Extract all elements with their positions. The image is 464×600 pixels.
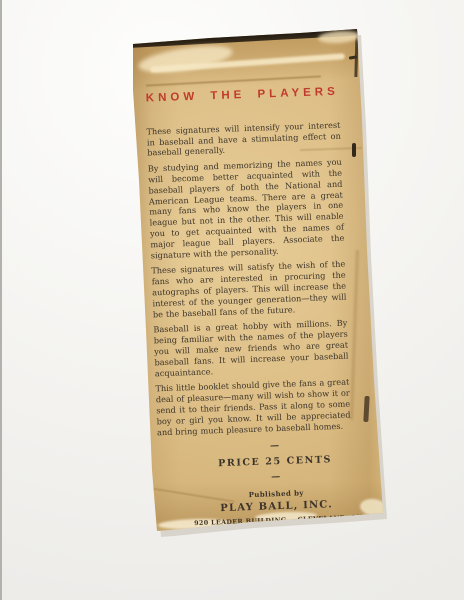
scanner-background: KNOW THE PLAYERS These signatures will i… — [0, 0, 464, 600]
publisher-name: PLAY BALL, INC. — [180, 498, 374, 517]
staple-mark — [363, 396, 369, 422]
price-text: PRICE 25 CENTS — [178, 453, 372, 471]
back-cover-text-block: KNOW THE PLAYERS These signatures will i… — [145, 87, 355, 546]
body-paragraph: These signatures will intensify your int… — [146, 120, 341, 159]
divider-rule: — — [179, 471, 373, 485]
booklet-back-cover: KNOW THE PLAYERS These signatures will i… — [0, 0, 464, 600]
body-paragraph: Baseball is a great hobby with millions.… — [153, 318, 349, 379]
body-paragraph: By studying and memorizing the names you… — [148, 157, 345, 261]
divider-rule: — — [178, 440, 372, 454]
body-paragraph: This little booklet should give the fans… — [155, 377, 351, 438]
union-printers-bug-icon — [268, 529, 286, 539]
body-paragraph: These signatures will satisfy the wish o… — [151, 259, 347, 320]
scan-edge-strip — [0, 0, 2, 600]
crease-line — [350, 250, 359, 420]
staple-mark — [352, 143, 356, 157]
